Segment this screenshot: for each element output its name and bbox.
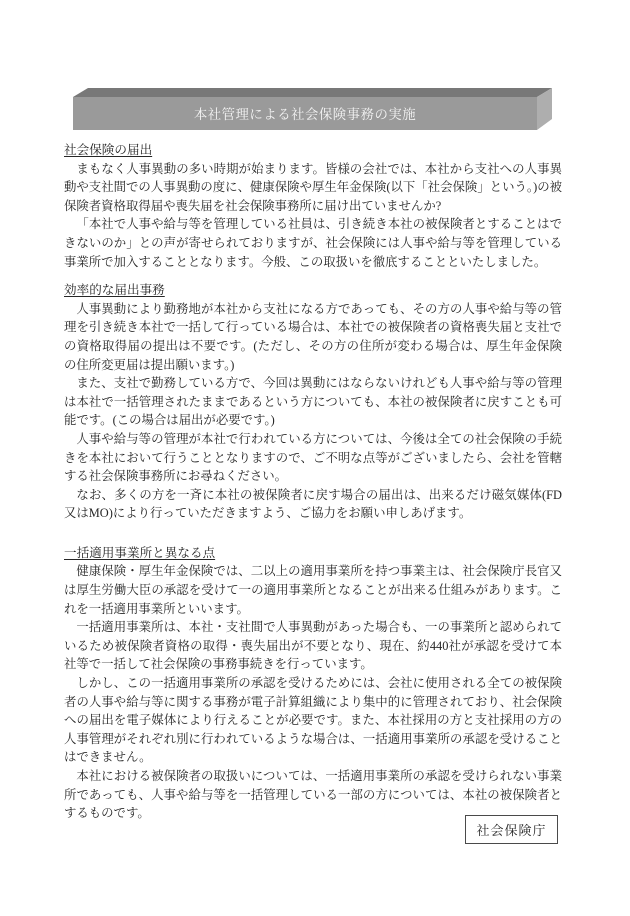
- banner-title: 本社管理による社会保険事務の実施: [73, 97, 537, 130]
- document-section: 一括適用事業所と異なる点健康保険・厚生年金保険では、二以上の適用事業所を持つ事業…: [64, 544, 562, 823]
- paragraph: 人事異動により勤務地が本社から支社になる方であっても、その方の人事や給与等の管理…: [64, 300, 562, 374]
- title-banner: 本社管理による社会保険事務の実施: [73, 88, 552, 130]
- document-page: { "banner": { "title": "本社管理による社会保険事務の実施…: [0, 0, 630, 916]
- paragraph: なお、多くの方を一斉に本社の被保険者に戻す場合の届出は、出来るだけ磁気媒体(FD…: [64, 486, 562, 523]
- paragraph: しかし、この一括適用事業所の承認を受けるためには、会社に使用される全ての被保険者…: [64, 674, 562, 767]
- section-heading: 社会保険の届出: [64, 141, 562, 160]
- paragraph: 「本社で人事や給与等を管理している社員は、引き続き本社の被保険者とすることはでき…: [64, 215, 562, 271]
- paragraph: また、支社で勤務している方で、今回は異動にはならないけれども人事や給与等の管理は…: [64, 374, 562, 430]
- paragraph: 一括適用事業所は、本社・支社間で人事異動があった場合も、一の事業所と認められてい…: [64, 618, 562, 674]
- agency-box: 社会保険庁: [465, 815, 558, 844]
- section-heading: 一括適用事業所と異なる点: [64, 544, 562, 563]
- document-body: 社会保険の届出まもなく人事異動の多い時期が始まります。皆様の会社では、本社から支…: [64, 141, 562, 823]
- agency-label: 社会保険庁: [476, 820, 546, 839]
- paragraph: 人事や給与等の管理が本社で行われている方については、今後は全ての社会保険の手続き…: [64, 430, 562, 486]
- document-section: 社会保険の届出まもなく人事異動の多い時期が始まります。皆様の会社では、本社から支…: [64, 141, 562, 271]
- page-background: 本社管理による社会保険事務の実施 社会保険の届出まもなく人事異動の多い時期が始ま…: [0, 0, 630, 916]
- paragraph: まもなく人事異動の多い時期が始まります。皆様の会社では、本社から支社への人事異動…: [64, 160, 562, 216]
- paragraph: 健康保険・厚生年金保険では、二以上の適用事業所を持つ事業主は、社会保険庁長官又は…: [64, 562, 562, 618]
- section-heading: 効率的な届出事務: [64, 281, 562, 300]
- document-section: 効率的な届出事務人事異動により勤務地が本社から支社になる方であっても、その方の人…: [64, 281, 562, 523]
- banner-3d-top-face: [73, 88, 552, 97]
